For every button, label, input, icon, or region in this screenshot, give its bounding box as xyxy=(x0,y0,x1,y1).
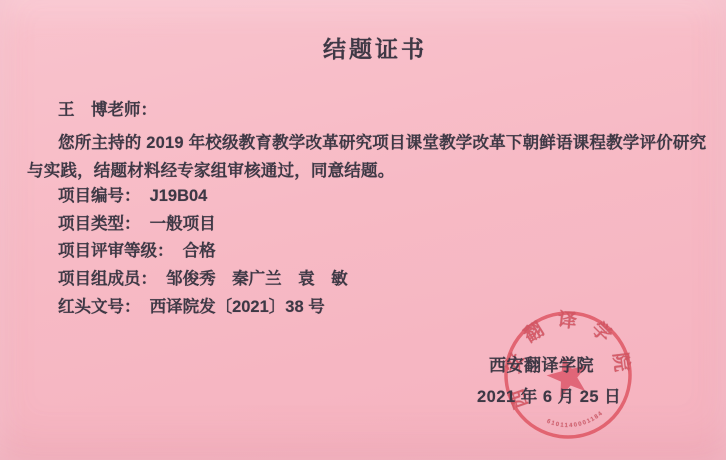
field-label: 项目编号： xyxy=(58,187,141,205)
signature-date: 2021 年 6 月 25 日 xyxy=(477,383,621,407)
field-label: 项目评审等级： xyxy=(58,242,174,260)
field-label: 红头文号： xyxy=(58,298,141,316)
field-list: 项目编号：J19B04 项目类型：一般项目 项目评审等级：合格 项目组成员：邹俊… xyxy=(58,183,348,322)
field-label: 项目组成员： xyxy=(58,270,157,288)
certificate-title: 结题证书 xyxy=(12,31,726,64)
body-text-line-1: 您所主持的 2019 年校级教育教学改革研究项目课堂教学改革下朝鲜语课程教学评价… xyxy=(58,129,708,153)
field-label: 项目类型： xyxy=(58,215,141,233)
field-value: J19B04 xyxy=(150,187,208,205)
field-review-grade: 项目评审等级：合格 xyxy=(58,238,348,266)
field-value: 合格 xyxy=(183,242,216,260)
signature-organization: 西安翻译学院 xyxy=(489,351,594,376)
body-text-line-2: 与实践，结题材料经专家组审核通过，同意结题。 xyxy=(27,157,707,181)
field-team-members: 项目组成员：邹俊秀 秦广兰 袁 敏 xyxy=(58,266,348,294)
salutation: 王 博老师： xyxy=(58,96,157,120)
field-document-number: 红头文号：西译院发〔2021〕38 号 xyxy=(58,294,348,322)
certificate-page: 结题证书 王 博老师： 您所主持的 2019 年校级教育教学改革研究项目课堂教学… xyxy=(0,0,726,460)
field-project-type: 项目类型：一般项目 xyxy=(58,211,348,239)
field-value: 西译院发〔2021〕38 号 xyxy=(150,298,325,316)
field-value: 邹俊秀 秦广兰 袁 敏 xyxy=(166,270,348,288)
field-project-number: 项目编号：J19B04 xyxy=(58,183,348,211)
field-value: 一般项目 xyxy=(150,215,216,233)
